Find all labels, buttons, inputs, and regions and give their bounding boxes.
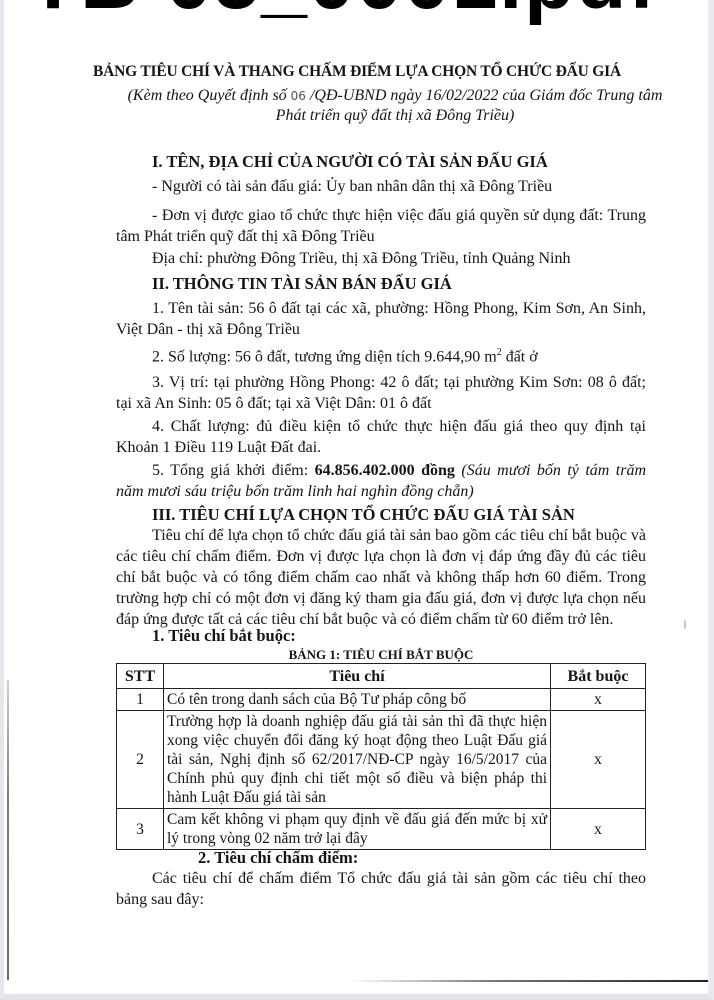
cell-mandatory: x — [551, 809, 646, 850]
section2-item2: 2. Số lượng: 56 ô đất, tương ứng diện tí… — [116, 342, 646, 367]
item5-label: 5. Tổng giá khởi điểm: — [152, 462, 315, 479]
col-header-stt: STT — [117, 664, 164, 689]
cell-criteria: Có tên trong danh sách của Bộ Tư pháp cô… — [164, 689, 551, 711]
scan-mark — [684, 620, 686, 629]
col-header-criteria: Tiêu chí — [164, 664, 551, 689]
document-subtitle: (Kèm theo Quyết định số 06 /QĐ-UBND ngày… — [125, 86, 665, 126]
subtitle-prefix: (Kèm theo Quyết định số — [128, 87, 291, 104]
section1-address: Địa chỉ: phường Đông Triều, thị xã Đông … — [116, 248, 646, 269]
cell-criteria: Trường hợp là doanh nghiệp đấu giá tài s… — [164, 711, 551, 809]
table-row: 3 Cam kết không vi phạm quy định về đấu … — [117, 809, 646, 850]
mandatory-criteria-table: STT Tiêu chí Bắt buộc 1 Có tên trong dan… — [116, 663, 646, 850]
section3-heading: III. TIÊU CHÍ LỰA CHỌN TỔ CHỨC ĐẤU GIÁ T… — [152, 504, 652, 525]
mandatory-criteria-heading: 1. Tiêu chí bắt buộc: — [152, 625, 652, 646]
item2-suffix: đất ở — [502, 348, 538, 365]
col-header-mandatory: Bắt buộc — [551, 664, 646, 689]
page-bottom-border — [350, 980, 708, 982]
page-left-border — [7, 680, 9, 980]
item2-text: 2. Số lượng: 56 ô đất, tương ứng diện tí… — [152, 348, 497, 365]
section2-item4: 4. Chất lượng: đủ điều kiện tổ chức thực… — [116, 416, 646, 458]
section2-item5: 5. Tổng giá khởi điểm: 64.856.402.000 đồ… — [116, 460, 646, 502]
section2-item1: 1. Tên tài sản: 56 ô đất tại các xã, phư… — [116, 298, 646, 340]
handwritten-decision-number: 06 — [291, 89, 306, 103]
cell-stt: 3 — [117, 809, 164, 850]
section1-owner: - Người có tài sản đấu giá: Ủy ban nhân … — [116, 176, 646, 197]
file-name-banner: TB 05_0001.pdf — [28, 0, 658, 28]
document-title: BẢNG TIÊU CHÍ VÀ THANG CHẤM ĐIỂM LỰA CHỌ… — [0, 63, 714, 81]
table-row: 2 Trường hợp là doanh nghiệp đấu giá tài… — [117, 711, 646, 809]
section1-unit: - Đơn vị được giao tổ chức thực hiện việ… — [116, 205, 646, 247]
cell-criteria: Cam kết không vi phạm quy định về đấu gi… — [164, 809, 551, 850]
cell-mandatory: x — [551, 689, 646, 711]
table1-caption: BẢNG 1: TIÊU CHÍ BẮT BUỘC — [116, 647, 646, 663]
section1-heading: I. TÊN, ĐỊA CHỈ CỦA NGƯỜI CÓ TÀI SẢN ĐẤU… — [152, 151, 652, 172]
scoring-criteria-text: Các tiêu chí để chấm điểm Tổ chức đấu gi… — [116, 868, 646, 910]
scoring-criteria-heading: 2. Tiêu chí chấm điểm: — [198, 847, 698, 868]
starting-price: 64.856.402.000 đồng — [315, 462, 455, 479]
subtitle-suffix: /QĐ-UBND ngày 16/02/2022 của Giám đốc Tr… — [276, 87, 663, 124]
cell-stt: 1 — [117, 689, 164, 711]
section3-intro: Tiêu chí để lựa chọn tổ chức đấu giá tài… — [116, 525, 646, 630]
section2-item3: 3. Vị trí: tại phường Hồng Phong: 42 ô đ… — [116, 372, 646, 414]
cell-stt: 2 — [117, 711, 164, 809]
cell-mandatory: x — [551, 711, 646, 809]
section2-heading: II. THÔNG TIN TÀI SẢN BÁN ĐẤU GIÁ — [152, 273, 652, 294]
table-header-row: STT Tiêu chí Bắt buộc — [117, 664, 646, 689]
table-row: 1 Có tên trong danh sách của Bộ Tư pháp … — [117, 689, 646, 711]
